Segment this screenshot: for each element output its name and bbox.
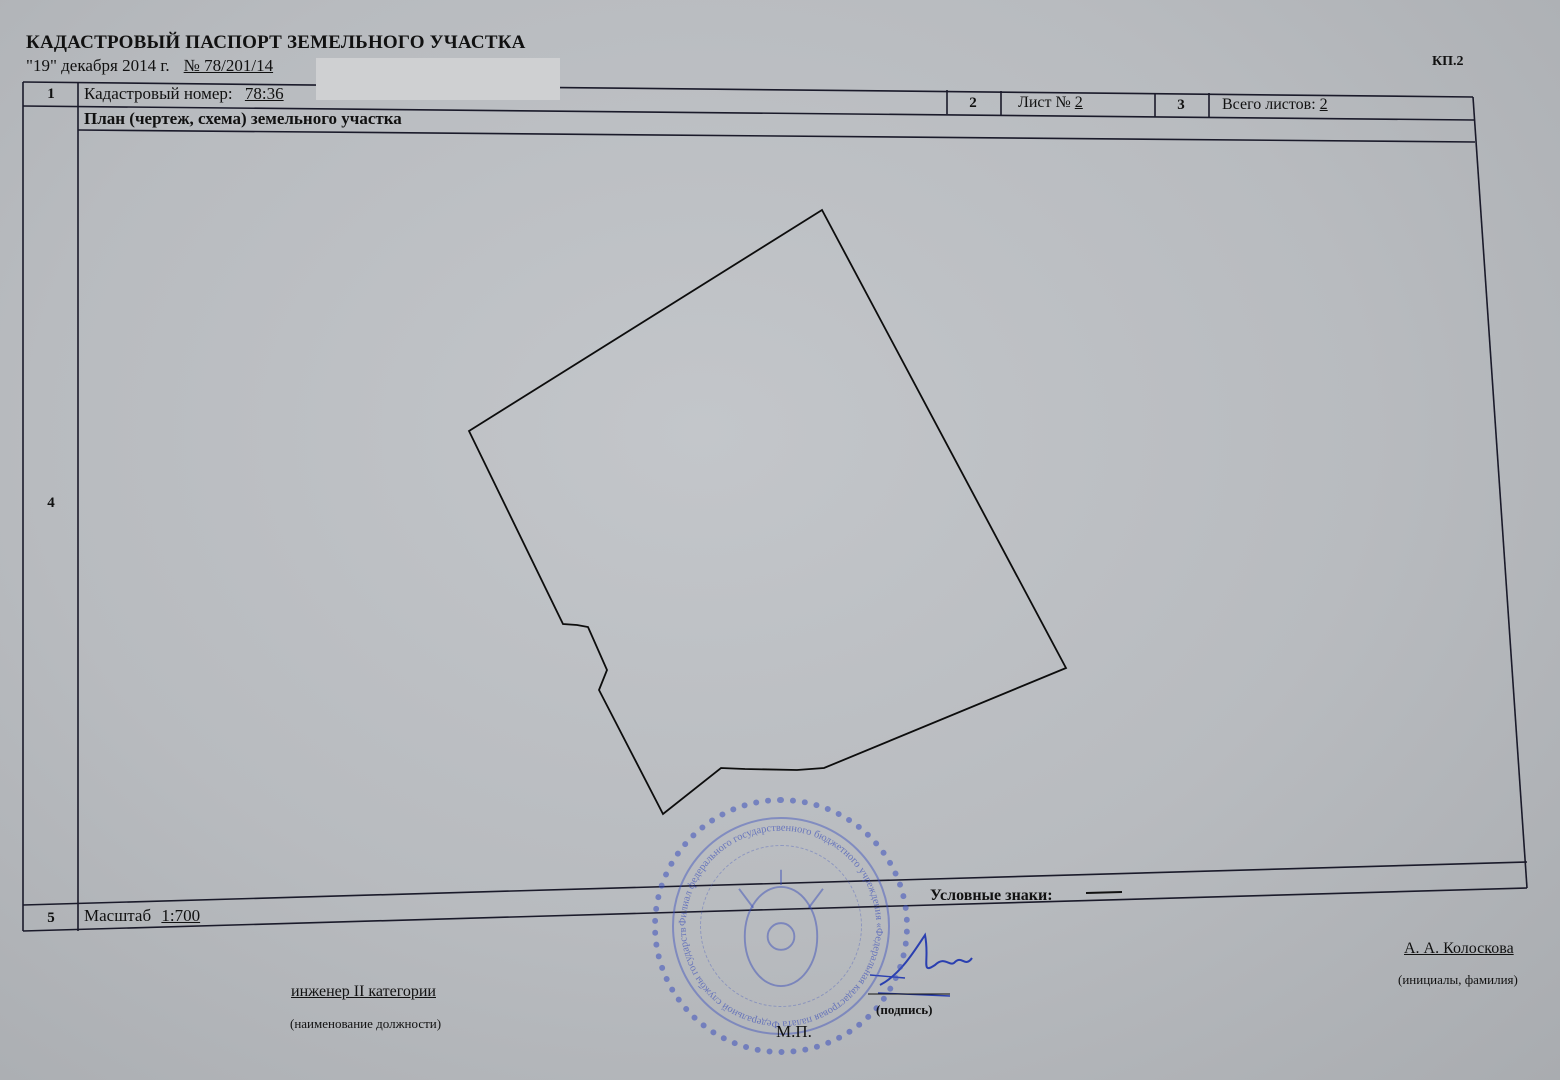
svg-text:Филиал федерального государств: Филиал федерального государственного бюд… [658, 803, 884, 1029]
row-3-number: 3 [1166, 97, 1196, 114]
stamp-place-caption: М.П. [776, 1022, 812, 1042]
row-2-number: 2 [958, 95, 988, 112]
row-1-number: 1 [36, 86, 66, 103]
stamp-emblem-icon: Филиал федерального государственного бюд… [658, 803, 904, 1049]
total-sheets-label: Всего листов: [1222, 96, 1316, 113]
scale-row: Масштаб 1:700 [84, 906, 200, 926]
plan-heading: План (чертеж, схема) земельного участка [84, 109, 402, 129]
signer-name: А. А. Колоскова [1404, 940, 1514, 958]
legend-label: Условные знаки: [930, 887, 1053, 905]
total-sheets: Всего листов: 2 [1222, 96, 1328, 114]
position-caption: (наименование должности) [290, 1016, 441, 1032]
scale-label: Масштаб [84, 906, 151, 925]
signer-name-caption: (инициалы, фамилия) [1398, 972, 1518, 988]
parcel-boundary [469, 210, 1066, 814]
sheet-number-label: Лист № [1018, 94, 1071, 111]
position-title: инженер II категории [291, 983, 436, 1001]
stamp-text: Филиал федерального государственного бюд… [658, 803, 884, 1029]
redaction-box [316, 58, 560, 100]
row-5-number: 5 [36, 910, 66, 927]
signature-caption: (подпись) [876, 1002, 932, 1018]
total-sheets-value: 2 [1320, 96, 1328, 113]
scale-value: 1:700 [161, 906, 200, 925]
official-stamp: Филиал федерального государственного бюд… [652, 797, 910, 1055]
sheet-number: Лист № 2 [1018, 94, 1083, 112]
row-4-number: 4 [36, 495, 66, 512]
sheet-number-value: 2 [1075, 94, 1083, 111]
cadastral-number-label: Кадастровый номер: [84, 84, 233, 103]
cadastral-number-value: 78:36 [245, 84, 284, 103]
cadastral-number-row: Кадастровый номер: 78:36 [84, 84, 284, 104]
